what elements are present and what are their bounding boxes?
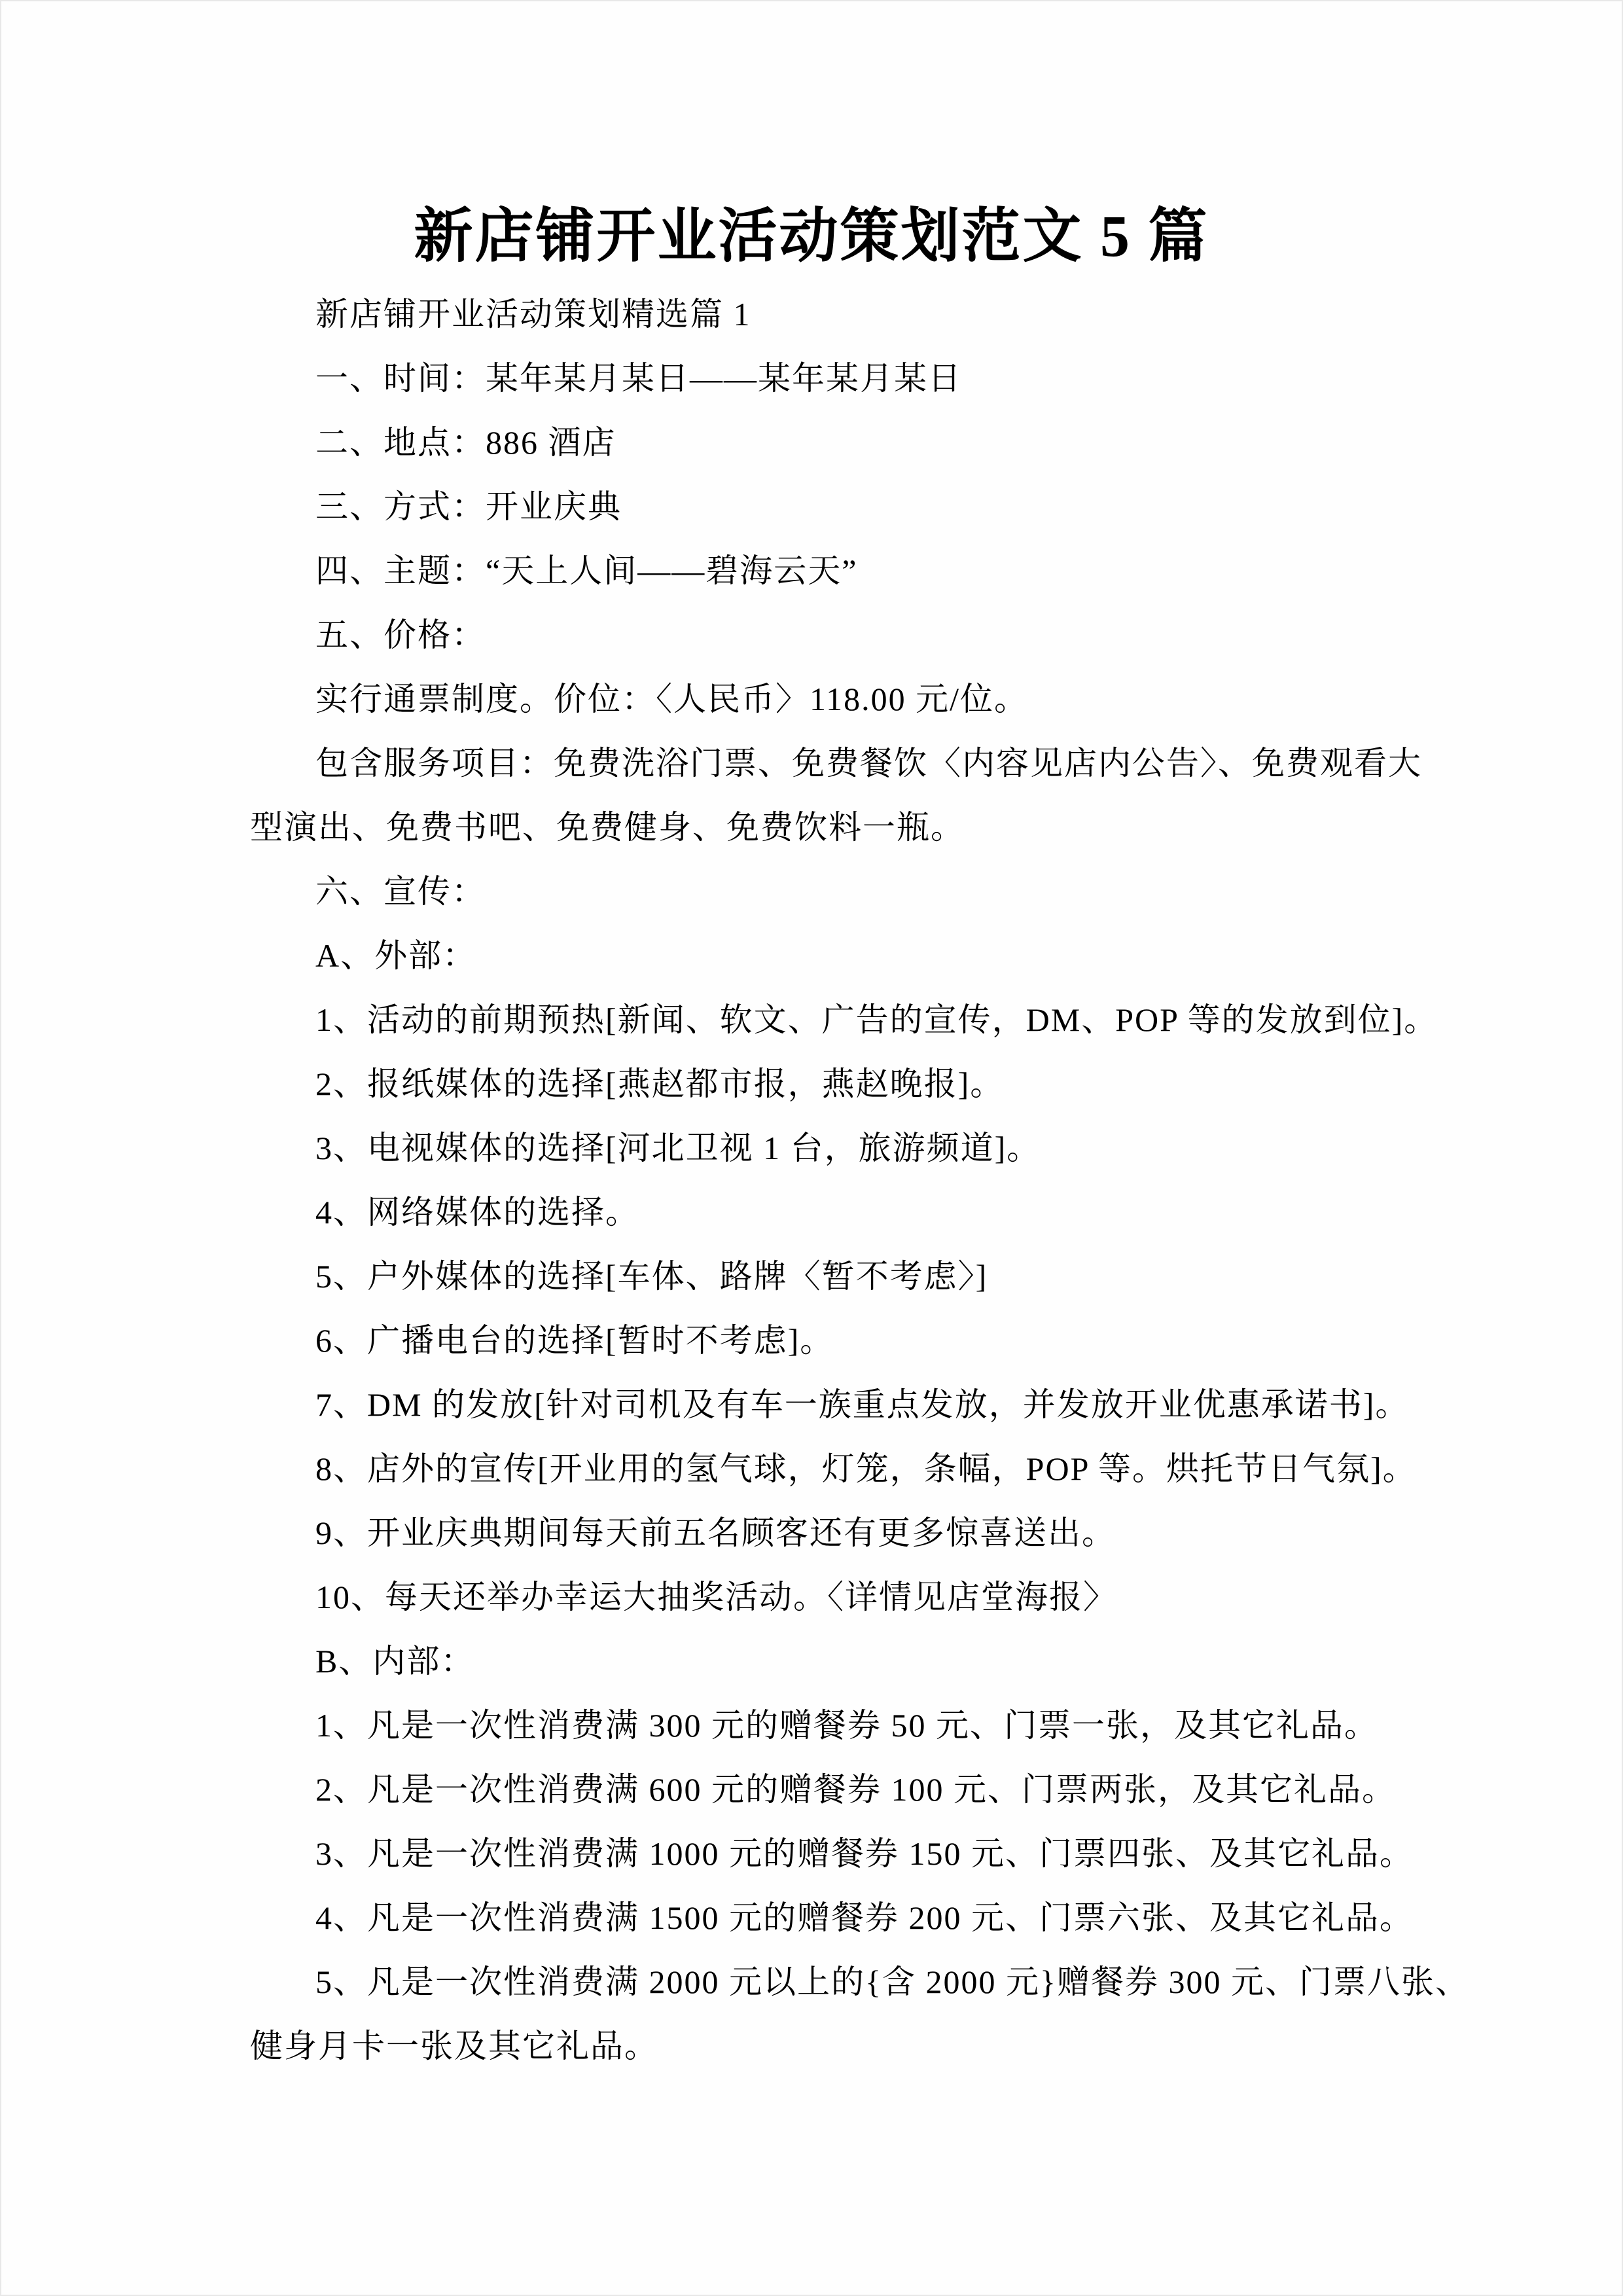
text-line: 10、每天还举办幸运大抽奖活动。〈详情见店堂海报〉: [250, 1565, 1415, 1629]
text-line: 四、主题：“天上人间——碧海云天”: [250, 539, 1415, 603]
text-line: 三、方式：开业庆典: [250, 475, 1415, 539]
document-body: 新店铺开业活动策划精选篇 1一、时间：某年某月某日——某年某月某日二、地点：88…: [250, 282, 1415, 2078]
text-line: 4、网络媒体的选择。: [250, 1180, 1415, 1244]
text-line: 3、凡是一次性消费满 1000 元的赠餐券 150 元、门票四张、及其它礼品。: [250, 1821, 1415, 1886]
text-line: 5、户外媒体的选择[车体、路牌〈暂不考虑〉]: [250, 1244, 1415, 1308]
text-line: 4、凡是一次性消费满 1500 元的赠餐券 200 元、门票六张、及其它礼品。: [250, 1886, 1415, 1950]
document-title: 新店铺开业活动策划范文 5 篇: [1, 194, 1622, 279]
text-line: 2、报纸媒体的选择[燕赵都市报，燕赵晚报]。: [250, 1052, 1415, 1116]
text-line: 包含服务项目：免费洗浴门票、免费餐饮〈内容见店内公告〉、免费观看大: [250, 731, 1415, 795]
document-page: 新店铺开业活动策划范文 5 篇 新店铺开业活动策划精选篇 1一、时间：某年某月某…: [0, 0, 1623, 2296]
text-line: 5、凡是一次性消费满 2000 元以上的{含 2000 元}赠餐券 300 元、…: [250, 1950, 1415, 2014]
text-line: 1、凡是一次性消费满 300 元的赠餐券 50 元、门票一张，及其它礼品。: [250, 1693, 1415, 1757]
text-line: B、内部：: [250, 1629, 1415, 1693]
text-line: 1、活动的前期预热[新闻、软文、广告的宣传，DM、POP 等的发放到位]。: [250, 988, 1415, 1052]
text-line: 3、电视媒体的选择[河北卫视 1 台，旅游频道]。: [250, 1116, 1415, 1180]
text-line: 二、地点：886 酒店: [250, 410, 1415, 475]
text-line: 7、DM 的发放[针对司机及有车一族重点发放，并发放开业优惠承诺书]。: [250, 1372, 1415, 1437]
text-line: 6、广播电台的选择[暂时不考虑]。: [250, 1308, 1415, 1372]
text-line: 2、凡是一次性消费满 600 元的赠餐券 100 元、门票两张，及其它礼品。: [250, 1757, 1415, 1821]
text-line: 8、店外的宣传[开业用的氢气球，灯笼，条幅，POP 等。烘托节日气氛]。: [250, 1437, 1415, 1501]
text-line: 新店铺开业活动策划精选篇 1: [250, 282, 1415, 346]
text-line: 9、开业庆典期间每天前五名顾客还有更多惊喜送出。: [250, 1501, 1415, 1565]
text-line: A、外部：: [250, 924, 1415, 988]
text-line: 实行通票制度。价位：〈人民币〉118.00 元/位。: [250, 667, 1415, 731]
text-line: 一、时间：某年某月某日——某年某月某日: [250, 346, 1415, 410]
text-line: 健身月卡一张及其它礼品。: [250, 2014, 1415, 2078]
text-line: 五、价格：: [250, 603, 1415, 667]
text-line: 六、宣传：: [250, 859, 1415, 924]
text-line: 型演出、免费书吧、免费健身、免费饮料一瓶。: [250, 795, 1415, 859]
